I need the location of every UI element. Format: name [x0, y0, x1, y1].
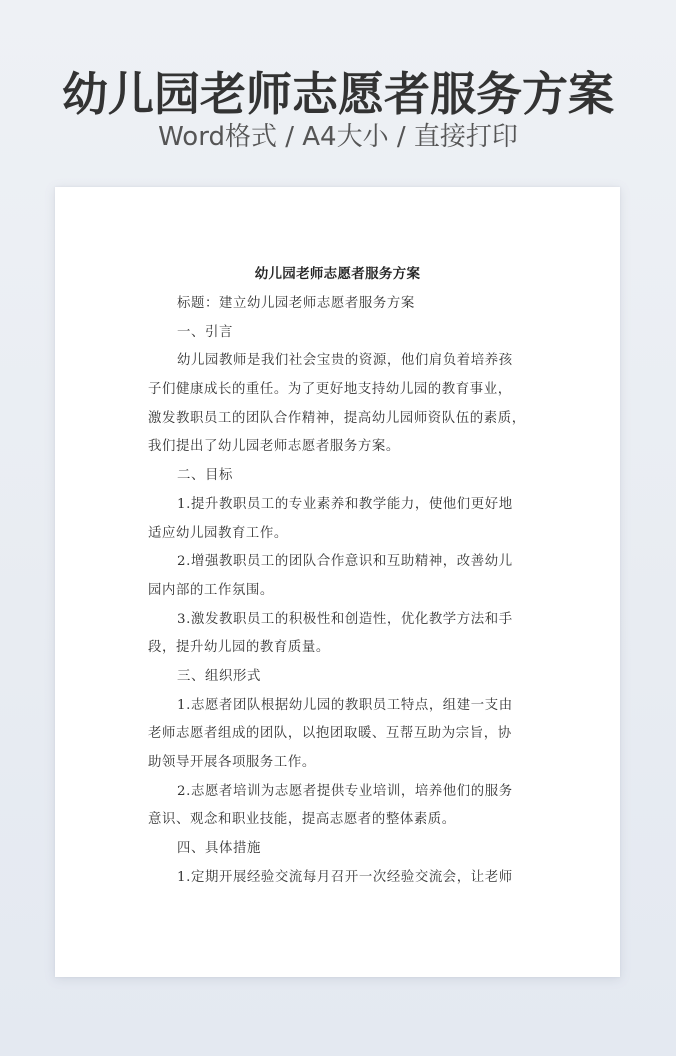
- document-line: 园内部的工作氛围。: [148, 577, 548, 606]
- document-title: 幼儿园老师志愿者服务方案: [55, 264, 620, 284]
- document-line: 2.增强教职员工的团队合作意识和互助精神，改善幼儿: [148, 548, 548, 577]
- document-line: 适应幼儿园教育工作。: [148, 520, 548, 549]
- document-line: 幼儿园教师是我们社会宝贵的资源，他们肩负着培养孩: [148, 347, 548, 376]
- document-body: 标题：建立幼儿园老师志愿者服务方案 一、引言 幼儿园教师是我们社会宝贵的资源，他…: [148, 290, 548, 892]
- document-line: 我们提出了幼儿园老师志愿者服务方案。: [148, 433, 548, 462]
- document-line: 老师志愿者组成的团队，以抱团取暖、互帮互助为宗旨，协: [148, 720, 548, 749]
- section-heading-goals: 二、目标: [148, 462, 548, 491]
- document-line: 3.激发教职员工的积极性和创造性，优化教学方法和手: [148, 606, 548, 635]
- hero-subtitle: Word格式 / A4大小 / 直接打印: [0, 119, 676, 155]
- document-page-preview: 幼儿园老师志愿者服务方案 标题：建立幼儿园老师志愿者服务方案 一、引言 幼儿园教…: [55, 187, 620, 977]
- document-line: 1.提升教职员工的专业素养和教学能力，使他们更好地: [148, 491, 548, 520]
- document-line: 段，提升幼儿园的教育质量。: [148, 634, 548, 663]
- hero-title: 幼儿园老师志愿者服务方案: [0, 66, 676, 122]
- document-line: 激发教职员工的团队合作精神，提高幼儿园师资队伍的素质，: [148, 405, 548, 434]
- document-line: 1.定期开展经验交流每月召开一次经验交流会，让老师: [148, 864, 548, 893]
- document-line: 意识、观念和职业技能，提高志愿者的整体素质。: [148, 806, 548, 835]
- document-line: 子们健康成长的重任。为了更好地支持幼儿园的教育事业，: [148, 376, 548, 405]
- document-line: 标题：建立幼儿园老师志愿者服务方案: [148, 290, 548, 319]
- section-heading-organization: 三、组织形式: [148, 663, 548, 692]
- section-heading-introduction: 一、引言: [148, 319, 548, 348]
- document-line: 助领导开展各项服务工作。: [148, 749, 548, 778]
- document-line: 2.志愿者培训为志愿者提供专业培训，培养他们的服务: [148, 778, 548, 807]
- section-heading-measures: 四、具体措施: [148, 835, 548, 864]
- document-line: 1.志愿者团队根据幼儿园的教职员工特点，组建一支由: [148, 692, 548, 721]
